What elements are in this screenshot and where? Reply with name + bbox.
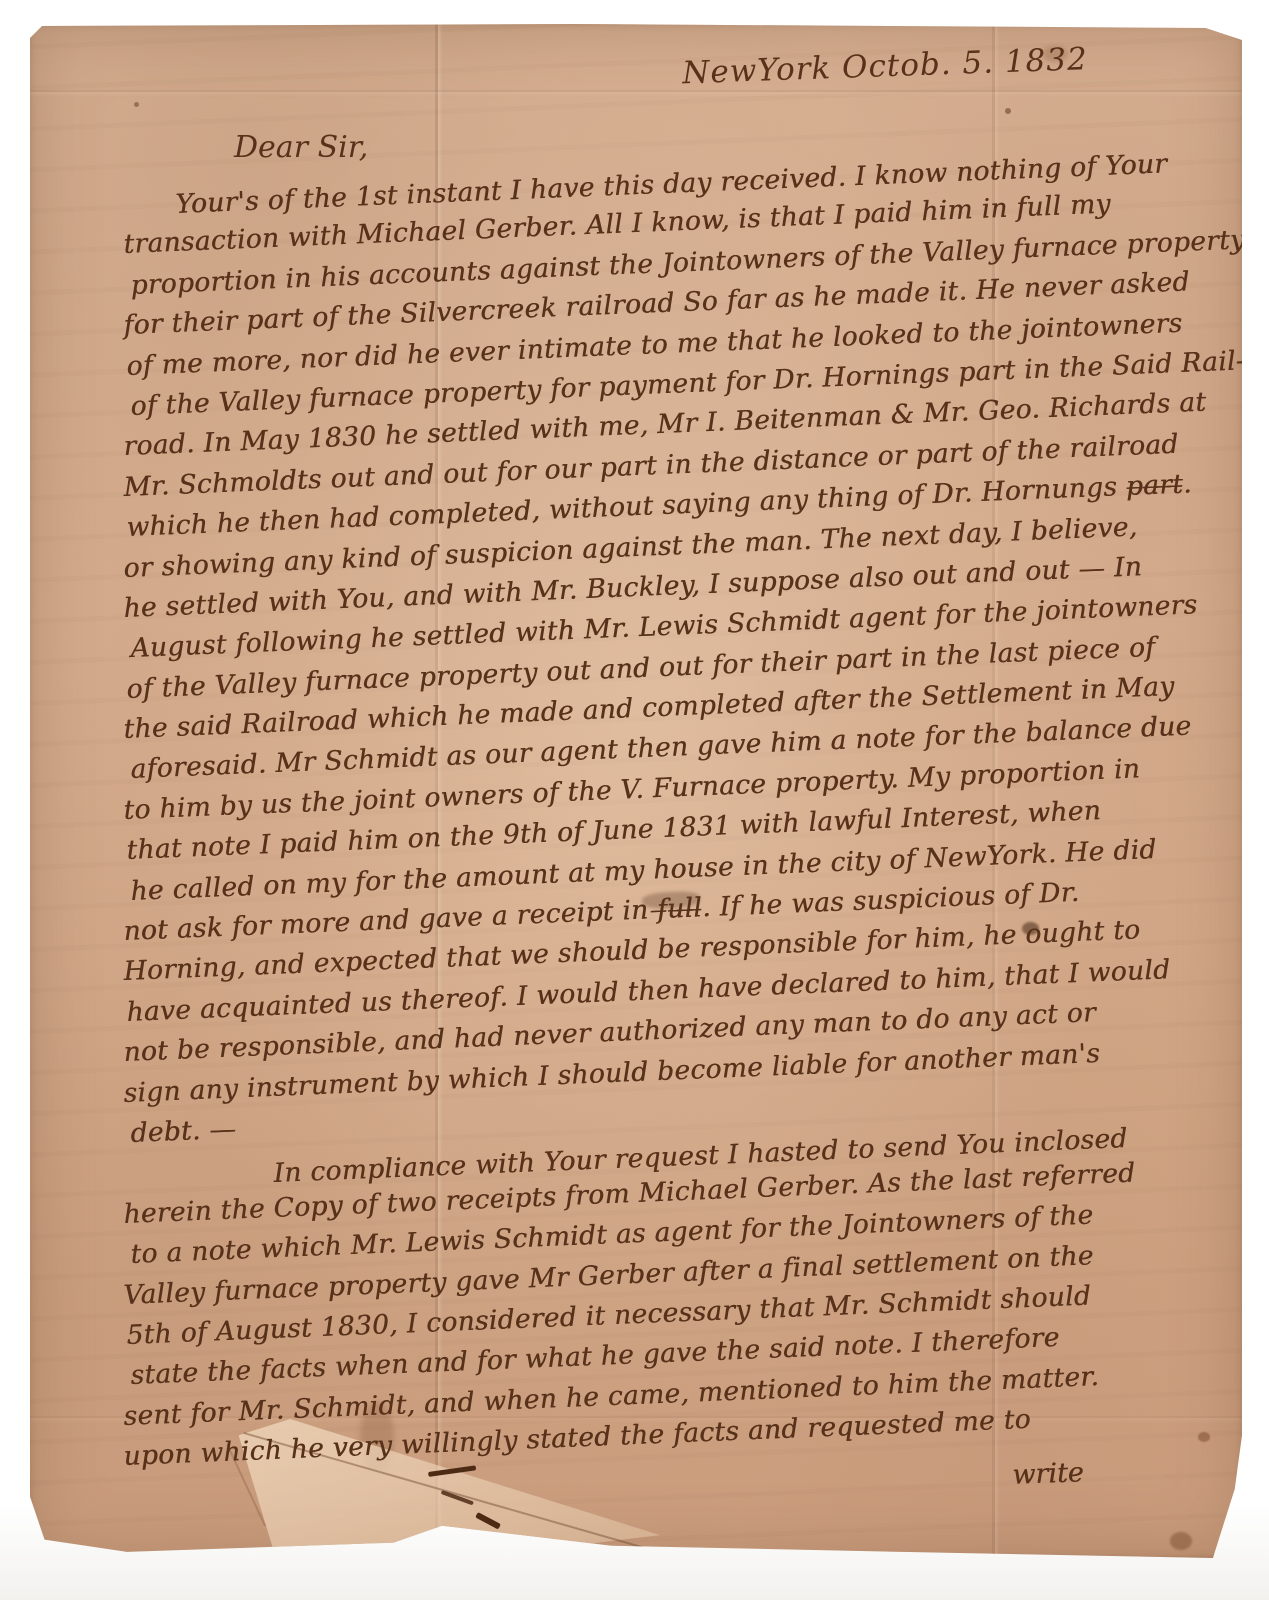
paragraph: Your's of the 1st instant I have this da… (124, 189, 1206, 1158)
scan-background: { "colors": { "paper": "#d8b193", "ink":… (0, 0, 1269, 1600)
letter-content: NewYork Octob. 5. 1832 Dear Sir, Your's … (30, 24, 1242, 1558)
ink-scribble (487, 1536, 501, 1542)
letter-paper: NewYork Octob. 5. 1832 Dear Sir, Your's … (30, 24, 1242, 1558)
dateline: NewYork Octob. 5. 1832 (124, 41, 1089, 111)
letter-body: Your's of the 1st instant I have this da… (124, 189, 1206, 1482)
paragraph: In compliance with Your request I hasted… (124, 1158, 1206, 1481)
